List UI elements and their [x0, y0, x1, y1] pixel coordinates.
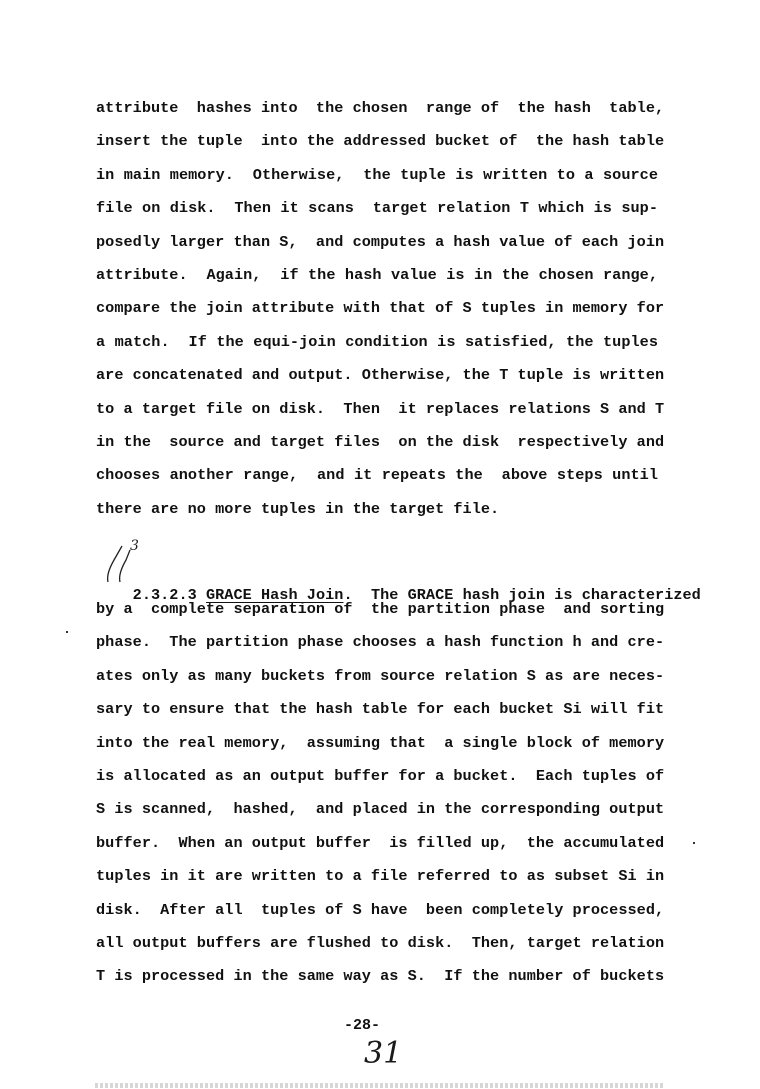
- text-line: are concatenated and output. Otherwise, …: [96, 365, 658, 385]
- text-line: posedly larger than S, and computes a ha…: [96, 232, 658, 252]
- text-line: insert the tuple into the addressed buck…: [96, 131, 658, 151]
- bleed-through-text: [95, 1083, 665, 1088]
- text-line: T is processed in the same way as S. If …: [96, 966, 658, 986]
- speck: [693, 842, 695, 844]
- text-line: sary to ensure that the hash table for e…: [96, 699, 658, 719]
- text-line: into the real memory, assuming that a si…: [96, 733, 658, 753]
- text-line: compare the join attribute with that of …: [96, 298, 658, 318]
- handwritten-correction: 3: [130, 538, 139, 554]
- text-line: disk. After all tuples of S have been co…: [96, 900, 658, 920]
- text-line: phase. The partition phase chooses a has…: [96, 632, 658, 652]
- text-line: to a target file on disk. Then it replac…: [96, 399, 658, 419]
- document-page: attribute hashes into the chosen range o…: [0, 0, 760, 1089]
- text-line: chooses another range, and it repeats th…: [96, 465, 658, 485]
- text-line: ates only as many buckets from source re…: [96, 666, 658, 686]
- speck: [66, 631, 68, 633]
- text-line: in main memory. Otherwise, the tuple is …: [96, 165, 658, 185]
- text-line: attribute hashes into the chosen range o…: [96, 98, 658, 118]
- text-line: buffer. When an output buffer is filled …: [96, 833, 658, 853]
- text-line: a match. If the equi-join condition is s…: [96, 332, 658, 352]
- text-line: attribute. Again, if the hash value is i…: [96, 265, 658, 285]
- text-line: is allocated as an output buffer for a b…: [96, 766, 658, 786]
- page-number: -28-: [344, 1017, 380, 1034]
- text-line: all output buffers are flushed to disk. …: [96, 933, 658, 953]
- text-line: file on disk. Then it scans target relat…: [96, 198, 658, 218]
- text-line: by a complete separation of the partitio…: [96, 599, 658, 619]
- text-line: tuples in it are written to a file refer…: [96, 866, 658, 886]
- text-line: there are no more tuples in the target f…: [96, 499, 658, 519]
- text-line: in the source and target files on the di…: [96, 432, 658, 452]
- text-line: S is scanned, hashed, and placed in the …: [96, 799, 658, 819]
- handwritten-page-number: 31: [364, 1036, 402, 1071]
